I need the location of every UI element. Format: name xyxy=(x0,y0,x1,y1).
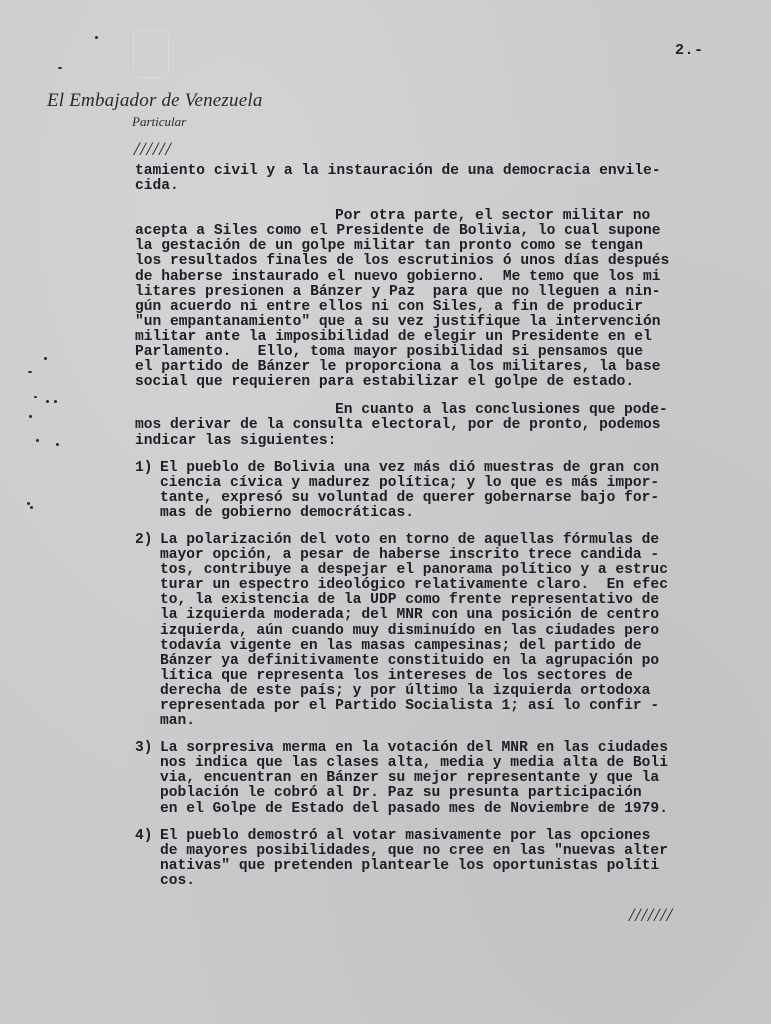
text-line: litares presionen a Bánzer y Paz para qu… xyxy=(135,285,710,300)
embossed-seal-icon xyxy=(133,30,169,78)
conclusion-item-4: 4) El pueblo demostró al votar masivamen… xyxy=(135,829,710,889)
text-line: población le cobró al Dr. Paz su presunt… xyxy=(160,786,710,801)
text-line: social que requieren para estabilizar el… xyxy=(135,375,710,390)
margin-dot xyxy=(46,400,49,403)
text-line: La polarización del voto en torno de aqu… xyxy=(160,533,710,548)
text-line: El pueblo demostró al votar masivamente … xyxy=(160,829,710,844)
paragraph-first-line: En cuanto a las conclusiones que pode- xyxy=(135,403,710,418)
text-line: la izquierda moderada; del MNR con una p… xyxy=(160,608,710,623)
margin-dot xyxy=(95,36,98,39)
text-line: mayor opción, a pesar de haberse inscrit… xyxy=(160,548,710,563)
text-line: "un empantanamiento" que a su vez justif… xyxy=(135,315,710,330)
letterhead-title: El Embajador de Venezuela xyxy=(47,90,263,112)
text-line: acepta a Siles como el Presidente de Bol… xyxy=(135,224,710,239)
text-line: de haberse instaurado el nuevo gobierno.… xyxy=(135,270,710,285)
text-line: tos, contribuye a despejar el panorama p… xyxy=(160,563,710,578)
list-number: 3) xyxy=(135,741,153,756)
text-line: lítica que representa los intereses de l… xyxy=(160,669,710,684)
list-number: 4) xyxy=(135,829,153,844)
text-line: izquierda, aún cuando muy disminuído en … xyxy=(160,624,710,639)
page-number: 2.- xyxy=(675,42,704,59)
paragraph-conclusions-intro: En cuanto a las conclusiones que pode- m… xyxy=(135,403,710,448)
conclusion-item-2: 2) La polarización del voto en torno de … xyxy=(135,533,710,729)
text-line: tante, expresó su voluntad de querer gob… xyxy=(160,491,710,506)
continuation-mark-end: /////// xyxy=(629,905,673,927)
text-line: indicar las siguientes: xyxy=(135,434,710,449)
margin-dot xyxy=(44,357,47,360)
text-line: El pueblo de Bolivia una vez más dió mue… xyxy=(160,461,710,476)
text-line: militar ante la imposibilidad de elegir … xyxy=(135,330,710,345)
text-line: nativas" que pretenden plantearle los op… xyxy=(160,859,710,874)
text-line: via, encuentran en Bánzer su mejor repre… xyxy=(160,771,710,786)
text-line: La sorpresiva merma en la votación del M… xyxy=(160,741,710,756)
text-line: turar un espectro ideológico relativamen… xyxy=(160,578,710,593)
margin-dot xyxy=(54,400,57,403)
conclusion-item-1: 1) El pueblo de Bolivia una vez más dió … xyxy=(135,461,710,521)
margin-dot xyxy=(34,396,37,398)
list-number: 1) xyxy=(135,461,153,476)
margin-dot xyxy=(58,67,62,69)
text-line: gún acuerdo ni entre ellos ni con Siles,… xyxy=(135,300,710,315)
text-line: man. xyxy=(160,714,710,729)
text-line: Parlamento. Ello, toma mayor posibilidad… xyxy=(135,345,710,360)
opening-paragraph: tamiento civil y a la instauración de un… xyxy=(135,164,710,194)
text-line: los resultados finales de los escrutinio… xyxy=(135,254,710,269)
conclusion-item-3: 3) La sorpresiva merma en la votación de… xyxy=(135,741,710,816)
continuation-mark: ////// xyxy=(134,139,172,161)
text-line: la gestación de un golpe militar tan pro… xyxy=(135,239,710,254)
paragraph-first-line: Por otra parte, el sector militar no xyxy=(135,209,710,224)
margin-dot xyxy=(29,415,32,418)
text-line: todavía vigente en las masas campesinas;… xyxy=(160,639,710,654)
text-line: mas de gobierno democráticas. xyxy=(160,506,710,521)
letter-body: tamiento civil y a la instauración de un… xyxy=(135,164,710,889)
margin-dot xyxy=(36,439,39,442)
text-line: cida. xyxy=(135,179,710,194)
margin-dot xyxy=(27,502,30,505)
text-line: cos. xyxy=(160,874,710,889)
margin-dot xyxy=(30,506,33,509)
text-line: derecha de este país; y por último la iz… xyxy=(160,684,710,699)
text-line: tamiento civil y a la instauración de un… xyxy=(135,164,710,179)
text-line: el partido de Bánzer le proporciona a lo… xyxy=(135,360,710,375)
text-line: nos indica que las clases alta, media y … xyxy=(160,756,710,771)
letterhead-subtitle: Particular xyxy=(132,114,263,130)
letterhead: El Embajador de Venezuela Particular xyxy=(47,90,263,130)
document-page: 2.- El Embajador de Venezuela Particular… xyxy=(0,0,771,1024)
text-line: representada por el Partido Socialista 1… xyxy=(160,699,710,714)
text-line: ciencia cívica y madurez política; y lo … xyxy=(160,476,710,491)
text-line: de mayores posibilidades, que no cree en… xyxy=(160,844,710,859)
text-line: en el Golpe de Estado del pasado mes de … xyxy=(160,802,710,817)
text-line: mos derivar de la consulta electoral, po… xyxy=(135,418,710,433)
paragraph-military-sector: Por otra parte, el sector militar no ace… xyxy=(135,209,710,390)
list-number: 2) xyxy=(135,533,153,548)
text-line: to, la existencia de la UDP como frente … xyxy=(160,593,710,608)
margin-dot xyxy=(28,371,32,373)
margin-dot xyxy=(56,443,59,446)
text-line: Bánzer ya definitivamente constituido en… xyxy=(160,654,710,669)
